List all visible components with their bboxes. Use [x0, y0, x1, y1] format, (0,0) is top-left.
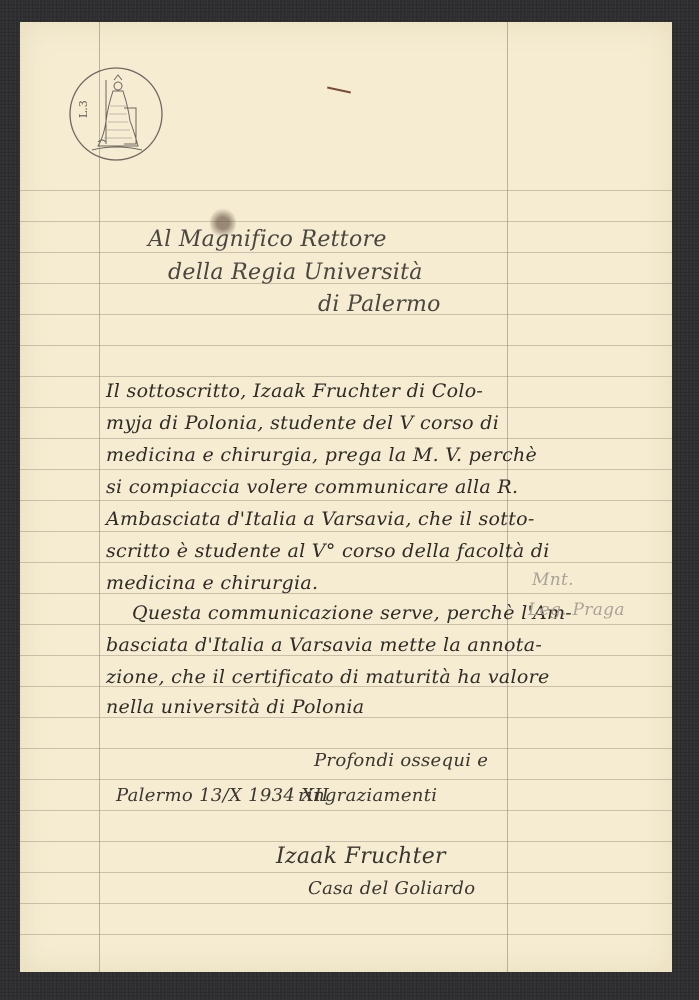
rule-line: [20, 748, 672, 749]
body-line: Questa communicazione serve, perchè l'Am…: [132, 602, 572, 624]
rule-line: [20, 469, 672, 470]
rule-line: [20, 221, 672, 222]
rule-line: [20, 500, 672, 501]
body-line: Il sottoscritto, Izaak Fruchter di Colo-: [106, 380, 483, 402]
rule-line: [20, 345, 672, 346]
body-line: scritto è studente al V° corso della fac…: [106, 540, 550, 562]
body-line: Ambasciata d'Italia a Varsavia, che il s…: [106, 508, 535, 530]
letter-page: L.3 Al Magnifico Rettore della Regia Uni…: [20, 22, 672, 972]
rule-line: [20, 810, 672, 811]
rule-line: [20, 562, 672, 563]
sender-address: Casa del Goliardo: [308, 878, 475, 899]
closing-line-1: Profondi ossequi e: [314, 750, 488, 771]
rule-line: [20, 531, 672, 532]
signature: Izaak Fruchter: [276, 844, 446, 869]
rule-line: [20, 252, 672, 253]
body-line: nella università di Polonia: [106, 696, 364, 718]
rule-line: [20, 624, 672, 625]
rule-line: [20, 438, 672, 439]
body-line: zione, che il certificato di maturità ha…: [106, 666, 550, 688]
body-line: myja di Polonia, studente del V corso di: [106, 412, 499, 434]
body-line: medicina e chirurgia, prega la M. V. per…: [106, 444, 537, 466]
address-line-3: di Palermo: [318, 292, 441, 317]
rule-line: [20, 190, 672, 191]
rule-line: [20, 779, 672, 780]
body-line: basciata d'Italia a Varsavia mette la an…: [106, 634, 542, 656]
address-line-1: Al Magnifico Rettore: [148, 227, 387, 252]
svg-text:L.3: L.3: [77, 100, 90, 118]
margin-note-line-1: Mnt.: [532, 570, 574, 590]
left-margin-line: [99, 22, 100, 972]
rule-line: [20, 376, 672, 377]
rule-line: [20, 841, 672, 842]
seal-stamp-icon: L.3: [68, 66, 164, 162]
rule-line: [20, 903, 672, 904]
body-line: si compiaccia volere communicare alla R.: [106, 476, 518, 498]
address-line-2: della Regia Università: [168, 260, 423, 285]
ink-mark: [327, 87, 351, 94]
rule-line: [20, 407, 672, 408]
margin-note-line-2: Leg. Praga: [528, 600, 625, 620]
rule-line: [20, 934, 672, 935]
closing-line-2: ringraziamenti: [298, 785, 437, 806]
body-line: medicina e chirurgia.: [106, 572, 318, 594]
rule-line: [20, 872, 672, 873]
